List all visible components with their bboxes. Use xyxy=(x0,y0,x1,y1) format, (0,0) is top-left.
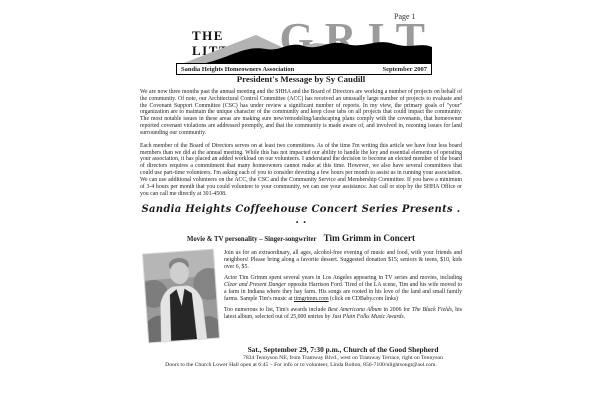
text-segment: Too numerous to list, Tim's awards inclu… xyxy=(224,307,328,313)
concert-paragraph-3: Too numerous to list, Tim's awards inclu… xyxy=(224,307,462,321)
concert-body: Join us for an extraordinary, all ages, … xyxy=(140,250,462,343)
text-segment: Join us for an extraordinary, all ages, … xyxy=(224,250,462,270)
text-segment: . xyxy=(404,314,405,320)
mountain-ridge-graphic xyxy=(176,29,432,63)
presidents-message-paragraph-2: Each member of the Board of Directors se… xyxy=(140,143,462,198)
text-segment: in 2006 for xyxy=(382,307,412,313)
text-segment: Clear and Present Danger xyxy=(224,282,286,288)
text-segment: Best Americana Album xyxy=(328,307,382,313)
newsletter-page: Page 1 THE LITTLE GRIT Sandia Heights Ho… xyxy=(0,0,600,400)
masthead-logo: THE LITTLE GRIT xyxy=(176,26,432,63)
text-segment: timgrimm.com xyxy=(294,296,329,302)
masthead-organization: Sandia Heights Homeowners Association xyxy=(181,66,294,73)
concert-series-heading: Sandia Heights Coffeehouse Concert Serie… xyxy=(140,204,462,226)
concert-subtitle: Movie & TV personality – Singer-songwrit… xyxy=(140,228,462,246)
presidents-message-paragraph-1: We are now three months past the annual … xyxy=(140,89,462,137)
portrait-photo-graphic xyxy=(143,250,219,343)
event-date-venue: Sat., September 29, 7:30 p.m., Church of… xyxy=(140,345,462,354)
event-info-contact: Doors to the Church Lower Hall open at 6… xyxy=(140,362,462,368)
concert-paragraph-2: Actor Tim Grimm spent several years in L… xyxy=(224,275,462,302)
tim-grimm-photo xyxy=(143,250,219,343)
concert-subtitle-prefix: Movie & TV personality – Singer-songwrit… xyxy=(187,236,317,243)
content-column: President's Message by Sy Caudill We are… xyxy=(140,74,462,368)
text-segment: (click on CDBaby.com links) xyxy=(329,296,398,302)
text-segment: Actor Tim Grimm spent several years in L… xyxy=(224,275,462,281)
text-segment: Just Plain Folks Music Awards xyxy=(332,314,404,320)
text-segment: The Black Fields xyxy=(412,307,452,313)
event-address: 7834 Tennyson NE, from Tramway Blvd., we… xyxy=(140,355,462,361)
presidents-message-heading: President's Message by Sy Caudill xyxy=(140,74,462,84)
concert-paragraph-1: Join us for an extraordinary, all ages, … xyxy=(224,250,462,270)
masthead: THE LITTLE GRIT Sandia Heights Homeowner… xyxy=(176,26,432,75)
masthead-bar: Sandia Heights Homeowners Association Se… xyxy=(176,63,432,75)
concert-text: Join us for an extraordinary, all ages, … xyxy=(224,250,462,320)
masthead-issue-date: September 2007 xyxy=(383,66,427,73)
concert-subtitle-name: Tim Grimm in Concert xyxy=(324,233,415,243)
